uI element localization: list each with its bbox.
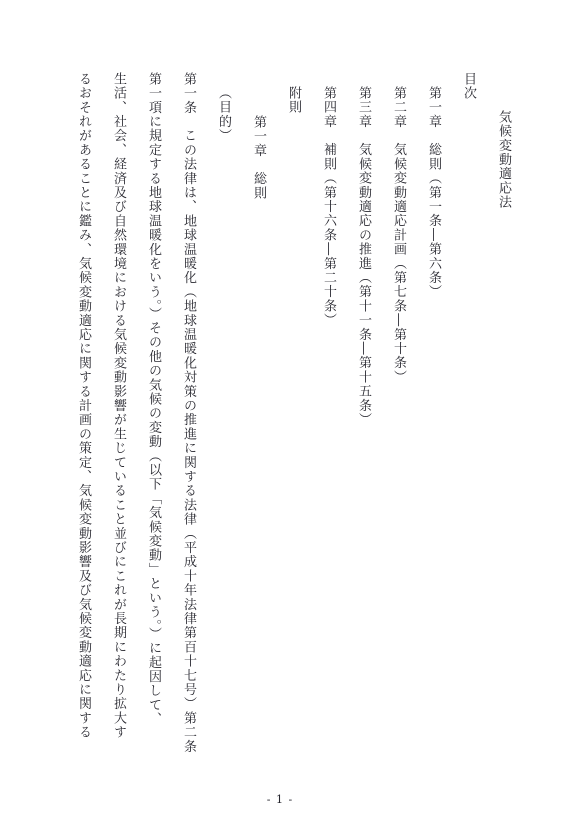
toc-heading: 目次 [451,72,486,762]
article-1-line-4: るおそれがあることに鑑み、気候変動適応に関する計画の策定、気候変動影響及び気候変… [66,72,101,762]
document-page: 気候変動適応法 目次 第一章 総則（第一条―第六条） 第二章 気候変動適応計画（… [0,0,587,825]
toc-entry-supplementary-provisions: 附則 [276,72,311,762]
page-number: - 1 - [0,793,560,806]
chapter-1-heading: 第一章 総則 [241,72,276,762]
law-title: 気候変動適応法 [486,72,521,762]
toc-entry-chapter-3: 第三章 気候変動適応の推進（第十一条―第十五条） [346,72,381,762]
toc-entry-chapter-4: 第四章 補則（第十六条―第二十条） [311,72,346,762]
article-1-text: 第一条 この法律は、地球温暖化（地球温暖化対策の推進に関する法律（平成十年法律第… [66,72,206,762]
toc-entry-chapter-1: 第一章 総則（第一条―第六条） [416,72,451,762]
article-1-line-3: 生活、社会、経済及び自然環境における気候変動影響が生じていること並びにこれが長期… [101,72,136,762]
law-text-block: 気候変動適応法 目次 第一章 総則（第一条―第六条） 第二章 気候変動適応計画（… [66,72,521,762]
article-1-line-2: 第一項に規定する地球温暖化をいう。）その他の気候の変動（以下「気候変動」という。… [136,72,171,762]
article-1-caption: （目的） [206,72,241,762]
article-1-line-1: 第一条 この法律は、地球温暖化（地球温暖化対策の推進に関する法律（平成十年法律第… [171,72,206,762]
toc-entry-chapter-2: 第二章 気候変動適応計画（第七条―第十条） [381,72,416,762]
